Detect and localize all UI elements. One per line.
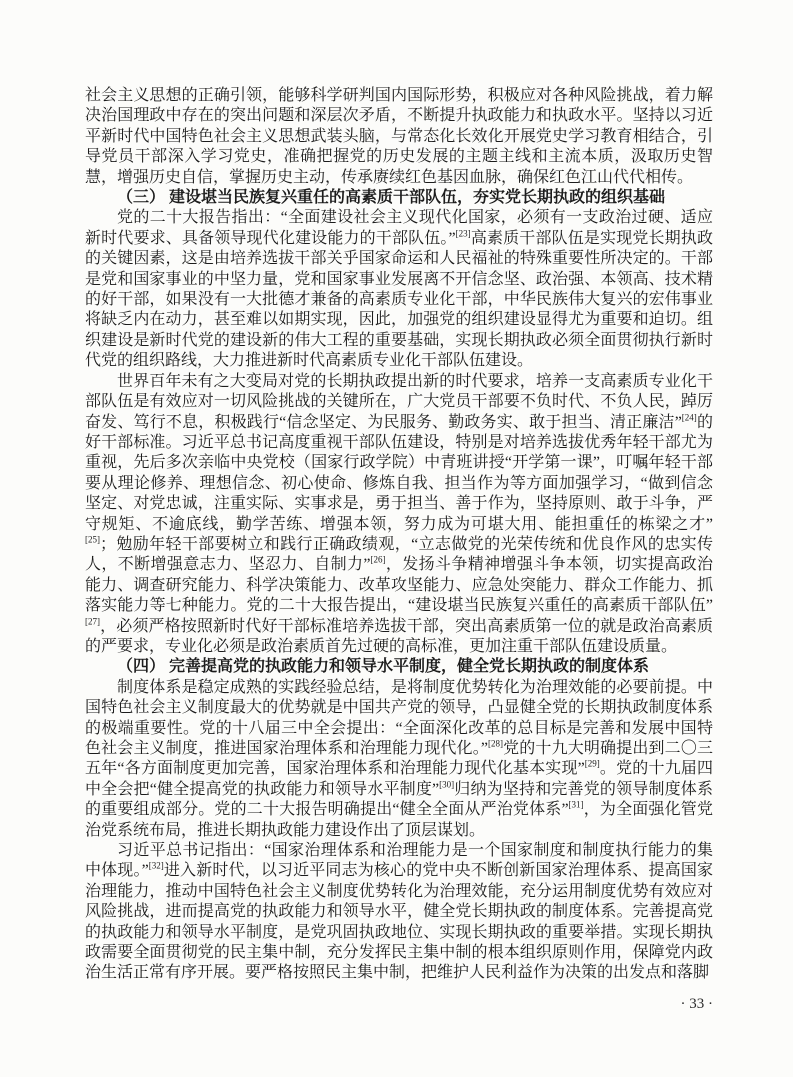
citation-ref: [24] — [682, 412, 697, 422]
page-number: · 33 · — [85, 996, 713, 1013]
paragraph: 习近平总书记指出：“国家治理体系和治理能力是一个国家制度和制度执行能力的集中体现… — [85, 841, 713, 984]
citation-ref: [31] — [569, 800, 584, 810]
section-heading: （三） 建设堪当民族复兴重任的高素质干部队伍，夯实党长期执政的组织基础 — [85, 188, 713, 208]
paragraph: 世界百年未有之大变局对党的长期执政提出新的时代要求，培养一支高素质专业化干部队伍… — [85, 372, 713, 658]
citation-ref: [30] — [439, 779, 454, 789]
text-block: 社会主义思想的正确引领，能够科学研判国内国际形势，积极应对各种风险挑战，着力解决… — [85, 86, 713, 984]
document-page: 社会主义思想的正确引领，能够科学研判国内国际形势，积极应对各种风险挑战，着力解决… — [0, 0, 793, 1077]
paragraph: 社会主义思想的正确引领，能够科学研判国内国际形势，积极应对各种风险挑战，着力解决… — [85, 86, 713, 188]
citation-ref: [23] — [456, 229, 471, 239]
citation-ref: [29] — [585, 759, 600, 769]
citation-ref: [25] — [85, 535, 100, 545]
paragraph: 制度体系是稳定成熟的实践经验总结，是将制度优势转化为治理效能的必要前提。中国特色… — [85, 678, 713, 841]
citation-ref: [27] — [85, 616, 100, 626]
citation-ref: [26] — [370, 555, 385, 565]
citation-ref: [32] — [149, 861, 164, 871]
section-heading: （四） 完善提高党的执政能力和领导水平制度，健全党长期执政的制度体系 — [85, 657, 713, 677]
citation-ref: [28] — [488, 739, 503, 749]
paragraph: 党的二十大报告指出：“全面建设社会主义现代化国家，必须有一支政治过硬、适应新时代… — [85, 208, 713, 371]
